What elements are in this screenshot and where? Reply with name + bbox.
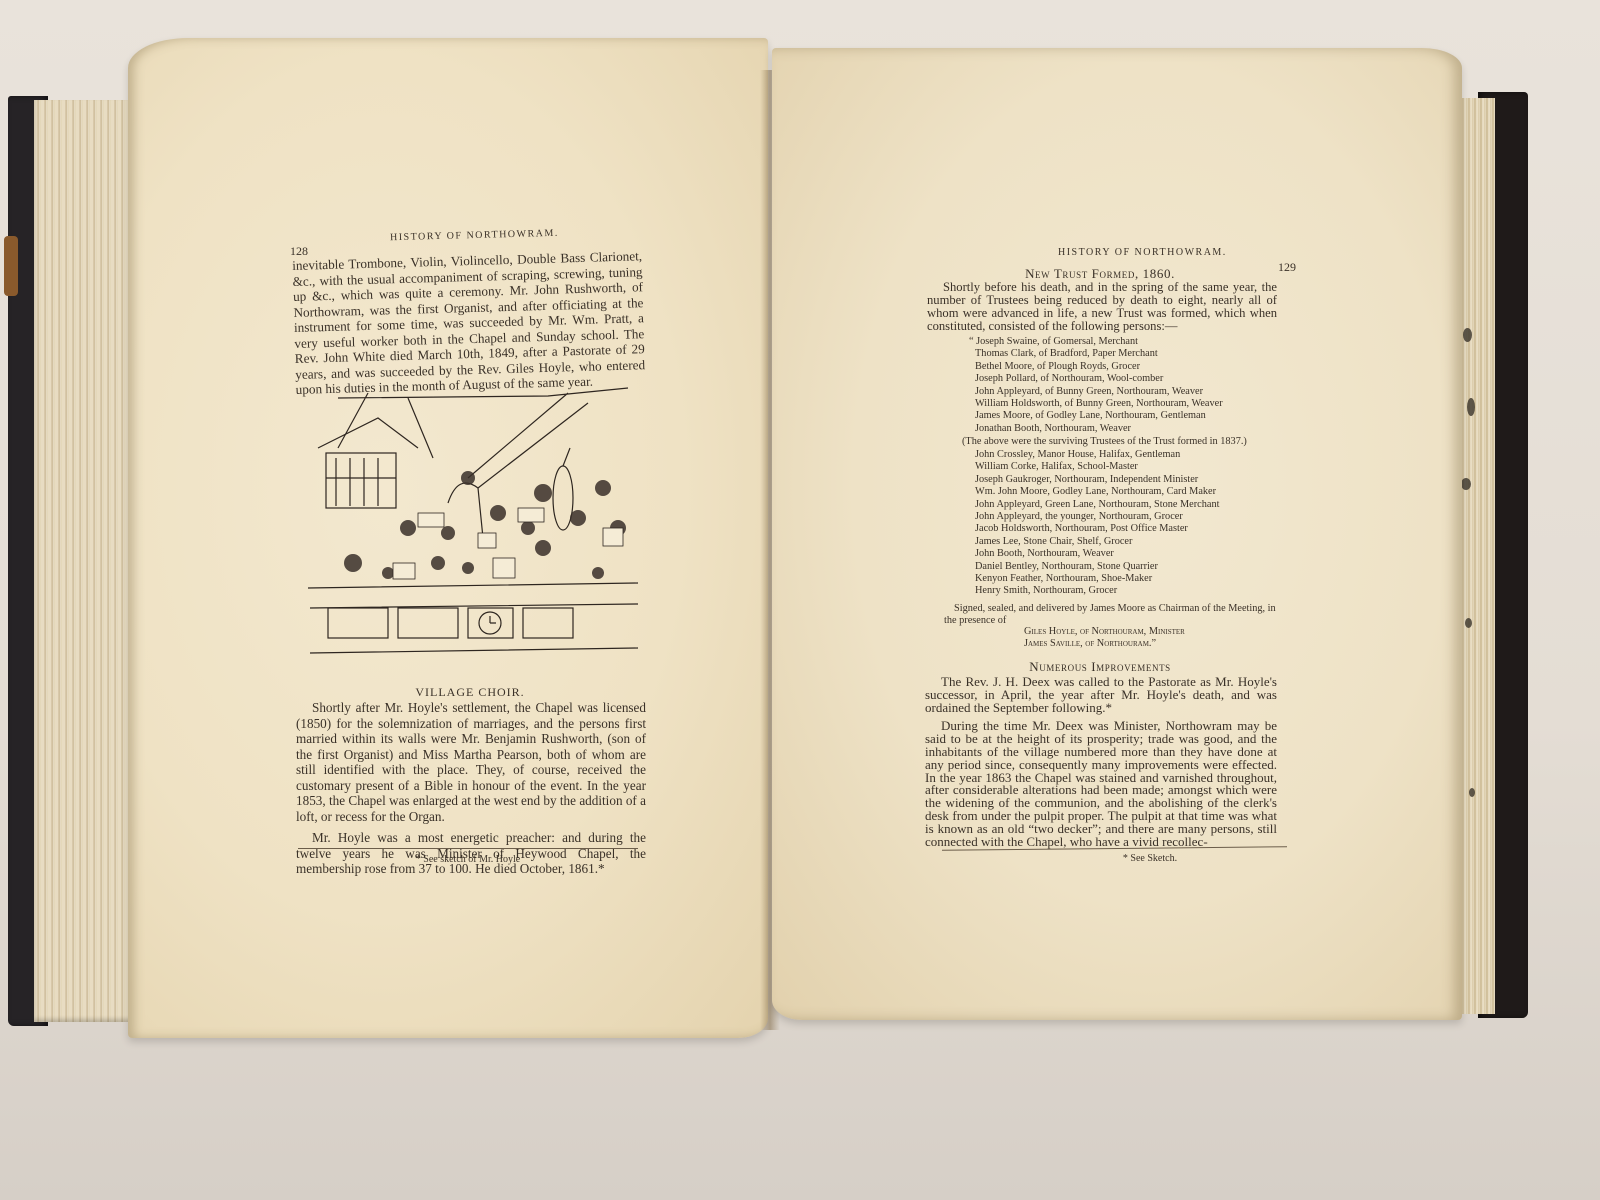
- witness-entry: Giles Hoyle, of Northouram, Minister: [1024, 626, 1185, 638]
- footnote-right: * See Sketch.: [1040, 853, 1260, 864]
- right-page-body: The Rev. J. H. Deex was called to the Pa…: [925, 676, 1277, 854]
- page-number-right: 129: [1278, 260, 1296, 275]
- witness-entry: James Saville, of Northouram.”: [1024, 638, 1185, 650]
- trustee-entry: Daniel Bentley, Northouram, Stone Quarri…: [975, 561, 1219, 573]
- trustee-entry: Bethel Moore, of Plough Royds, Grocer: [975, 361, 1223, 373]
- paragraph: During the time Mr. Deex was Minister, N…: [925, 720, 1277, 848]
- paragraph: Shortly after Mr. Hoyle's settlement, th…: [296, 700, 646, 824]
- village-choir-illustration: [298, 378, 642, 673]
- paragraph: inevitable Trombone, Violin, Violincello…: [292, 248, 646, 397]
- trustee-entry: John Appleyard, Green Lane, Northouram, …: [975, 499, 1219, 511]
- witnesses: Giles Hoyle, of Northouram, Minister Jam…: [1024, 626, 1185, 651]
- footnote-left: * See sketch of Mr. Hoyle: [298, 854, 638, 865]
- trustee-entry: Joseph Gaukroger, Northouram, Independen…: [975, 474, 1219, 486]
- illustration-caption: VILLAGE CHOIR.: [298, 685, 642, 700]
- paragraph: The Rev. J. H. Deex was called to the Pa…: [925, 676, 1277, 714]
- trustee-entry: James Lee, Stone Chair, Shelf, Grocer: [975, 536, 1219, 548]
- trustees-list-new: John Crossley, Manor House, Halifax, Gen…: [975, 449, 1219, 598]
- trustee-entry: William Holdsworth, of Bunny Green, Nort…: [975, 398, 1223, 410]
- trustee-entry: Joseph Pollard, of Northouram, Wool-comb…: [975, 373, 1223, 385]
- trustee-entry: Thomas Clark, of Bradford, Paper Merchan…: [975, 348, 1223, 360]
- trustee-entry: John Appleyard, of Bunny Green, Northour…: [975, 386, 1223, 398]
- footnote-rule-left: [298, 848, 638, 849]
- trustees-note: (The above were the surviving Trustees o…: [962, 436, 1247, 448]
- running-head-right: HISTORY OF NORTHOWRAM.: [1058, 247, 1227, 258]
- trustee-entry: “ Joseph Swaine, of Gomersal, Merchant: [969, 336, 1223, 348]
- worn-cover-edge: [4, 236, 18, 296]
- trustee-entry: William Corke, Halifax, School-Master: [975, 461, 1219, 473]
- trustees-list-surviving: “ Joseph Swaine, of Gomersal, Merchant T…: [975, 336, 1223, 435]
- trustee-entry: James Moore, of Godley Lane, Northouram,…: [975, 410, 1223, 422]
- paragraph: Shortly before his death, and in the spr…: [927, 281, 1277, 333]
- trustee-entry: John Crossley, Manor House, Halifax, Gen…: [975, 449, 1219, 461]
- signed-line: Signed, sealed, and delivered by James M…: [944, 603, 1284, 628]
- trustee-entry: Wm. John Moore, Godley Lane, Northouram,…: [975, 486, 1219, 498]
- right-page-intro: Shortly before his death, and in the spr…: [927, 281, 1277, 339]
- trustee-entry: Jacob Holdsworth, Northouram, Post Offic…: [975, 523, 1219, 535]
- trustee-entry: Henry Smith, Northouram, Grocer: [975, 585, 1219, 597]
- trustee-entry: Jonathan Booth, Northouram, Weaver: [975, 423, 1223, 435]
- trustee-entry: John Booth, Northouram, Weaver: [975, 548, 1219, 560]
- section-heading-improvements: Numerous Improvements: [924, 659, 1276, 675]
- trustee-entry: Kenyon Feather, Northouram, Shoe-Maker: [975, 573, 1219, 585]
- trustee-entry: John Appleyard, the younger, Northouram,…: [975, 511, 1219, 523]
